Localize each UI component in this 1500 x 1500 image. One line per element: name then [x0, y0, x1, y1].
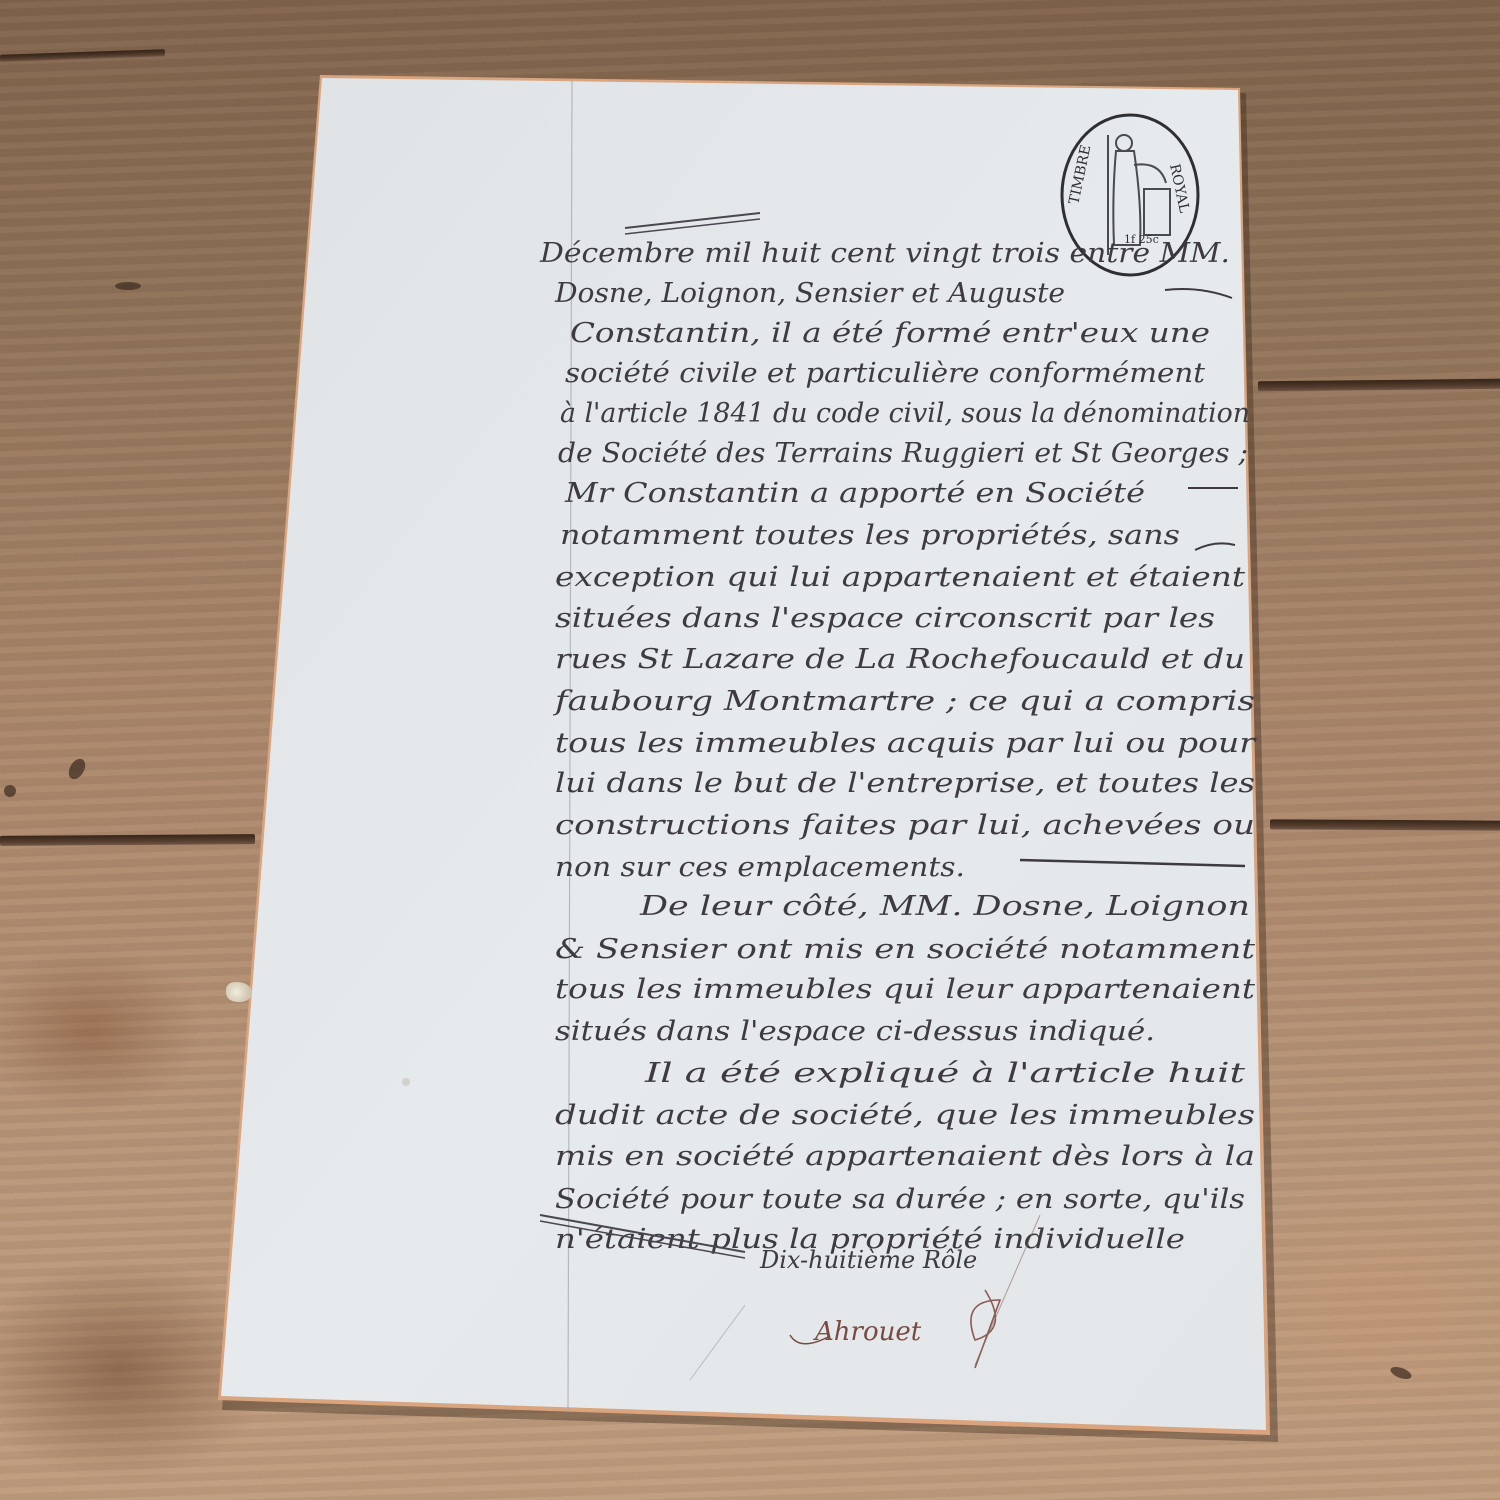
wooden-table — [0, 0, 1500, 1500]
wood-knot — [4, 785, 16, 797]
wood-knot — [115, 282, 141, 290]
binding-string — [226, 982, 252, 1002]
paper-hole — [402, 1078, 410, 1086]
plank-gap — [0, 834, 255, 846]
photo-scene: TIMBRE ROYAL 1f 25c Décembre mil huit ce… — [0, 0, 1500, 1500]
plank-gap — [1270, 819, 1500, 830]
